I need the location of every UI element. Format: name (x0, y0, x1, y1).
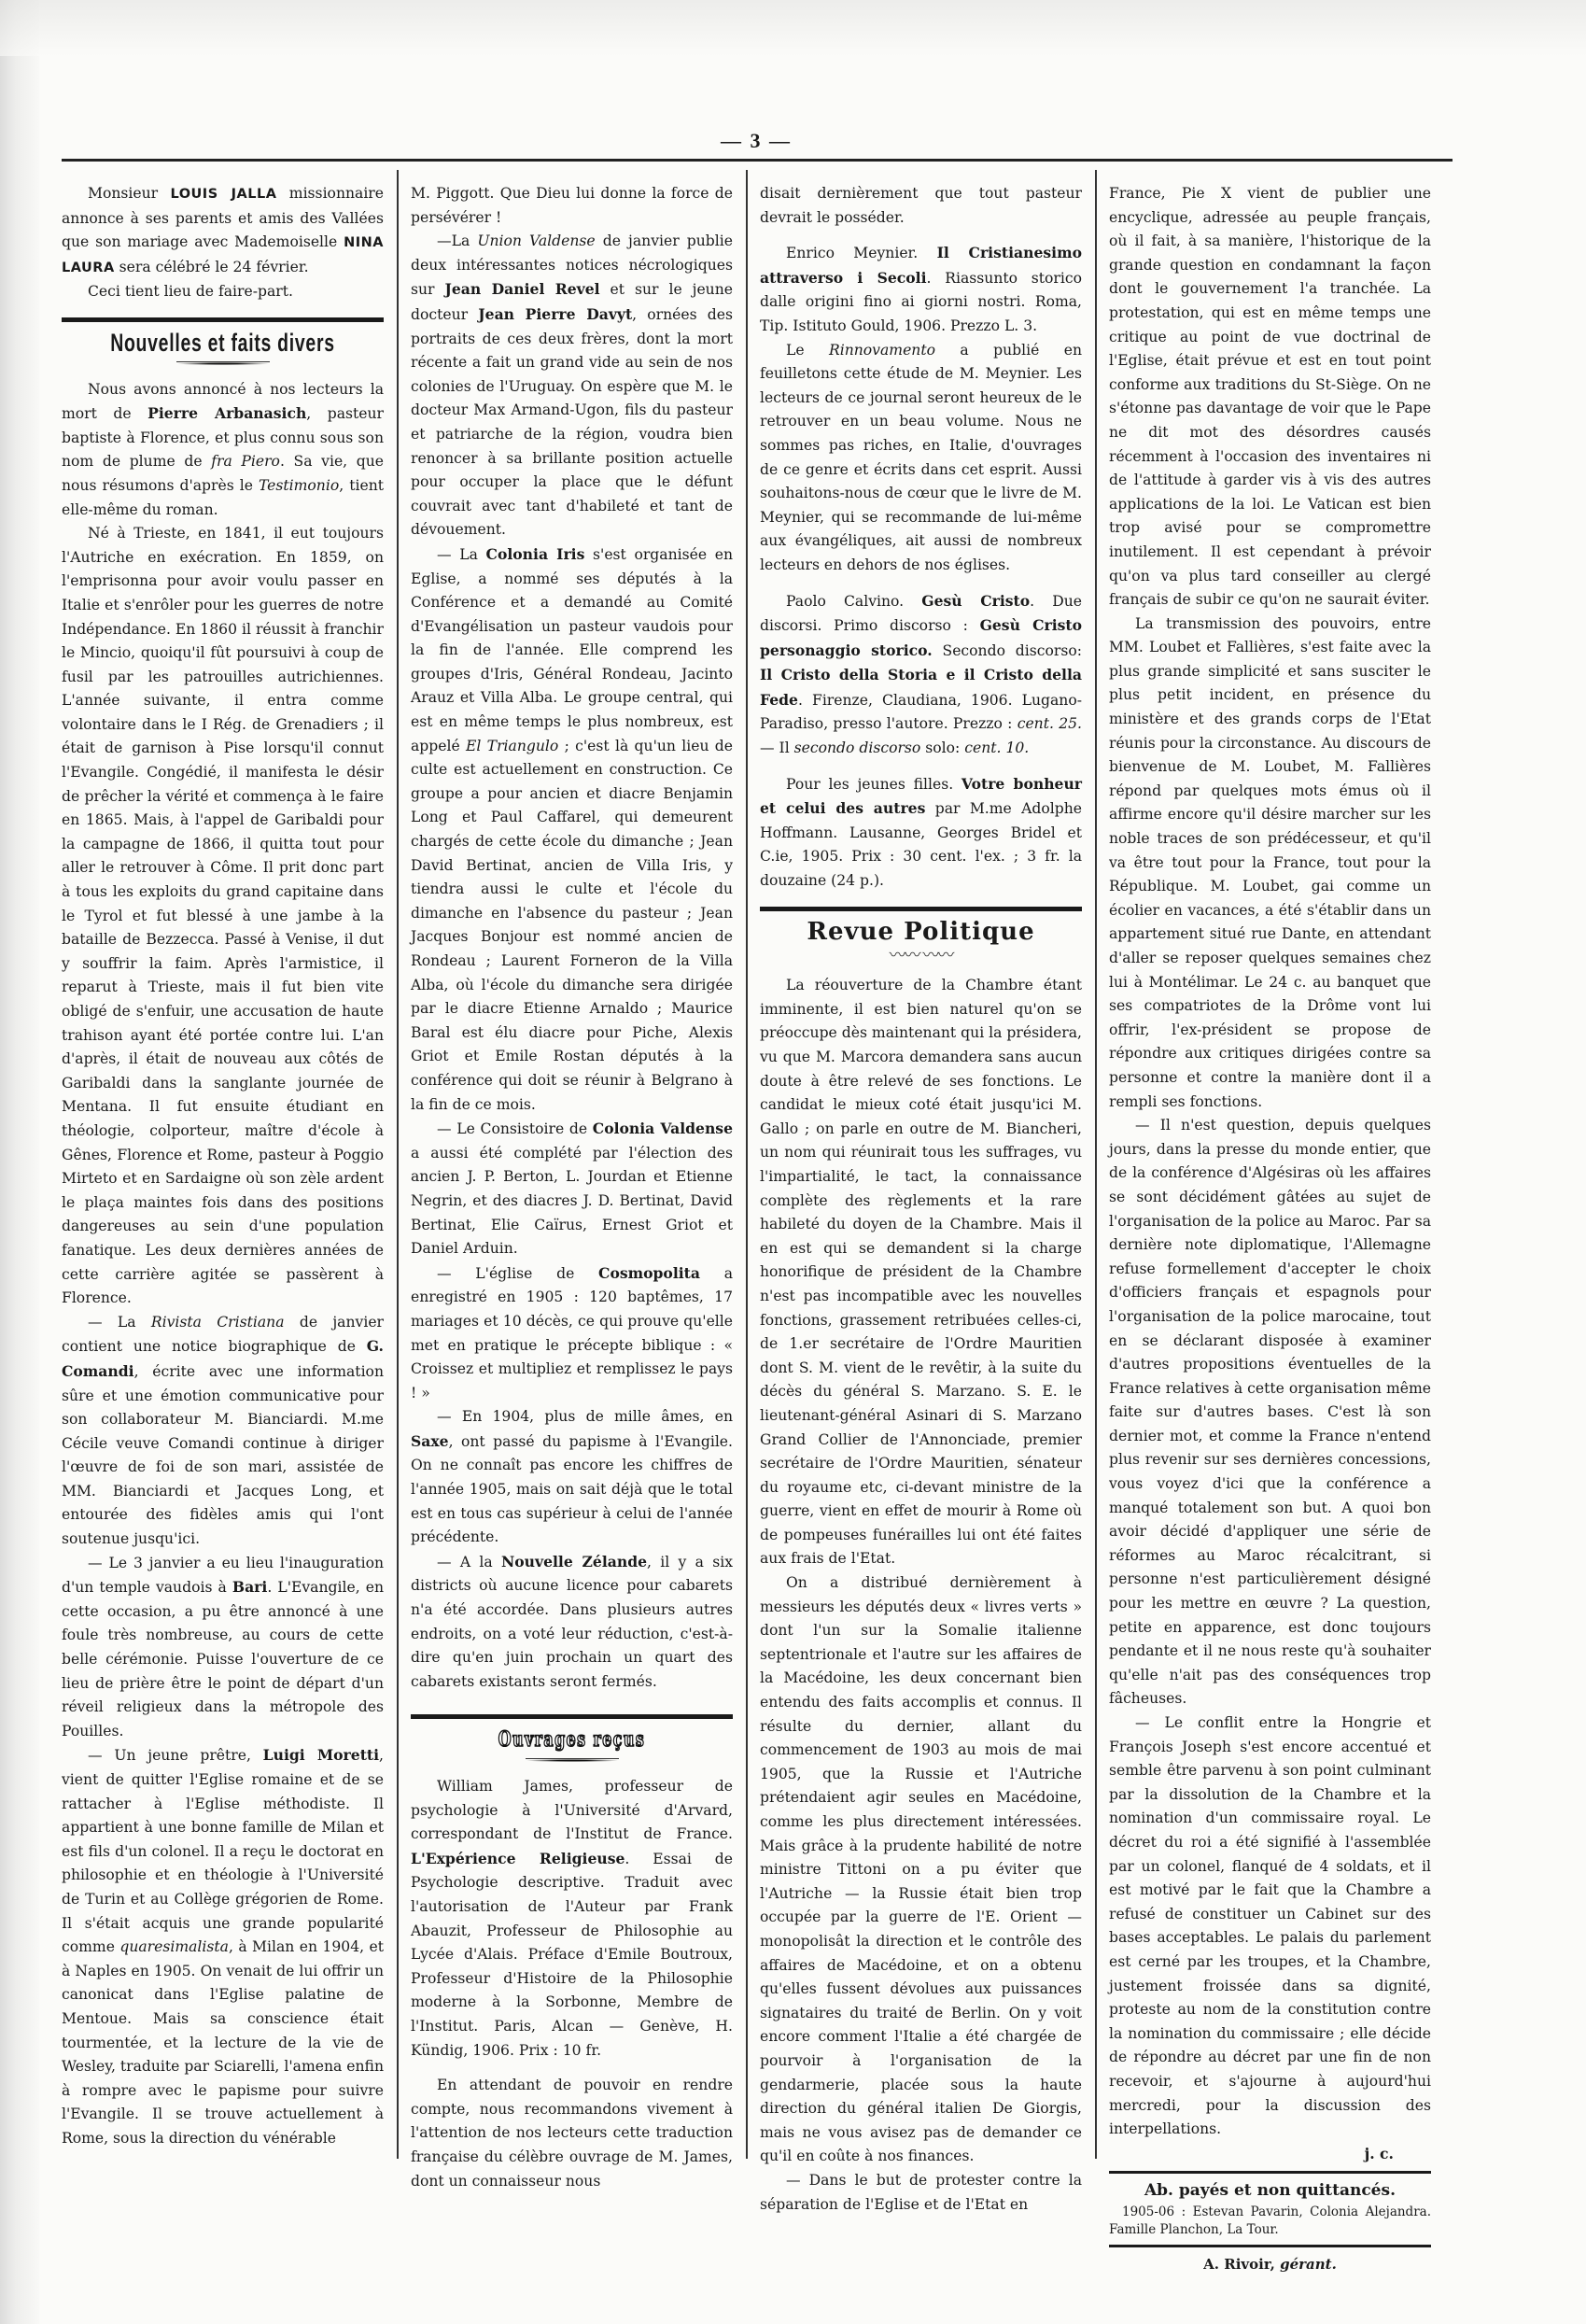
article-biography: Né à Trieste, en 1841, il eut toujours l… (62, 522, 384, 1311)
column-4: France, Pie X vient de publier une encyc… (1109, 182, 1431, 2276)
column-1: Monsieur LOUIS JALLA missionnaire annonc… (62, 182, 384, 2151)
section-title-ouvrages: Ouvrages reçus (456, 1728, 687, 1753)
section-rule (62, 317, 384, 322)
scan-top-shadow (0, 0, 1586, 56)
header-rule (62, 159, 1453, 162)
book-james: William James, professeur de psychologie… (411, 1775, 733, 2063)
publisher-manager: A. Rivoir, gérant. (1109, 2253, 1431, 2277)
article-moretti: — Un jeune prêtre, Luigi Moretti, vient … (62, 1743, 384, 2150)
wedding-announcement: Monsieur LOUIS JALLA missionnaire annonc… (62, 182, 384, 280)
article-arbanasich: Nous avons annoncé à nos lecteurs la mor… (62, 378, 384, 523)
column-2: M. Piggott. Que Dieu lui donne la force … (411, 182, 733, 2193)
subscriptions-title: Ab. payés et non quittancés. (1109, 2179, 1431, 2204)
article-moretti-continued: M. Piggott. Que Dieu lui donne la force … (411, 182, 733, 230)
article-colonia-iris: — La Colonia Iris s'est organisée en Egl… (411, 542, 733, 1117)
article-comandi: — La Rivista Cristiana de janvier contie… (62, 1311, 384, 1552)
book-james-review: En attendant de pouvoir en rendre compte… (411, 2074, 733, 2193)
column-divider (397, 170, 399, 2159)
article-cosmopolita: — L'église de Cosmopolita a enregistré e… (411, 1261, 733, 1406)
section-rule (760, 907, 1082, 911)
ornament-divider (176, 361, 270, 365)
article-saxe: — En 1904, plus de mille âmes, en Saxe, … (411, 1405, 733, 1550)
wave-ornament: 〰〰 〰〰 (760, 950, 1082, 963)
section-title-nouvelles: Nouvelles et faits divers (106, 331, 338, 356)
article-algesiras: — Il n'est question, depuis quelques jou… (1109, 1114, 1431, 1711)
scan-edge-shadow (0, 0, 39, 2324)
column-3: disait dernièrement que tout pasteur dev… (760, 182, 1082, 2217)
article-chambre: La réouverture de la Chambre étant immin… (760, 974, 1082, 1571)
article-nouvelle-zelande: — A la Nouvelle Zélande, il y a six dist… (411, 1550, 733, 1695)
article-colonia-valdense: — Le Consistoire de Colonia Valdense a a… (411, 1117, 733, 1261)
ornament-divider (526, 1758, 619, 1762)
book-calvino: Paolo Calvino. Gesù Cristo. Due discorsi… (760, 589, 1082, 761)
book-meynier: Enrico Meynier. Il Cristianesimo attrave… (760, 241, 1082, 338)
column-divider (746, 170, 748, 2159)
section-rule (1109, 2245, 1431, 2247)
article-bari: — Le 3 janvier a eu lieu l'inauguration … (62, 1552, 384, 1744)
section-rule (411, 1714, 733, 1719)
column-divider (1095, 170, 1097, 2159)
book-james-continued: disait dernièrement que tout pasteur dev… (760, 182, 1082, 230)
announcement-note: Ceci tient lieu de faire-part. (62, 280, 384, 304)
article-separation: — Dans le but de protester contre la sép… (760, 2169, 1082, 2217)
article-encyclique: France, Pie X vient de publier une encyc… (1109, 182, 1431, 613)
article-livres-verts: On a distribué dernièrement à messieurs … (760, 1571, 1082, 2169)
book-jeunes-filles: Pour les jeunes filles. Votre bonheur et… (760, 772, 1082, 894)
subscriptions-list: 1905-06 : Estevan Pavarin, Colonia Aleja… (1109, 2204, 1431, 2239)
page-number: — 3 — (709, 129, 803, 153)
book-meynier-review: Le Rinnovamento a publié en feuilletons … (760, 339, 1082, 578)
section-title-revue-politique: Revue Politique (760, 921, 1082, 945)
author-signature: j. c. (1109, 2142, 1431, 2166)
article-hongrie: — Le conflit entre la Hongrie et Françoi… (1109, 1711, 1431, 2142)
article-transmission: La transmission des pouvoirs, entre MM. … (1109, 613, 1431, 1114)
section-rule (1109, 2171, 1431, 2174)
article-union-valdense: —La Union Valdense de janvier publie deu… (411, 230, 733, 542)
